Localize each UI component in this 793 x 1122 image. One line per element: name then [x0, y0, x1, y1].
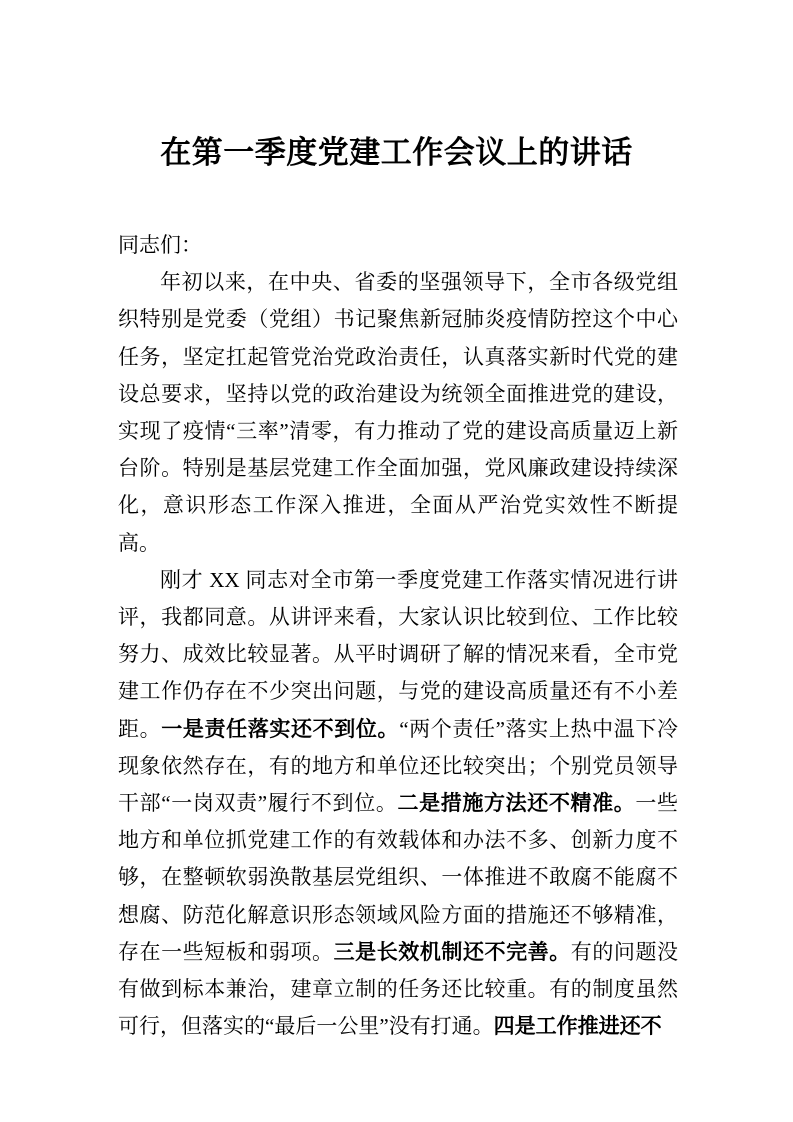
- paragraph: 同志们：: [118, 227, 678, 264]
- paragraph: 刚才 XX 同志对全市第一季度党建工作落实情况进行讲评，我都同意。从讲评来看，大…: [118, 562, 678, 1046]
- body-text: 一些地方和单位抓党建工作的有效载体和办法不多、创新力度不够，在整顿软弱涣散基层党…: [118, 791, 678, 964]
- document-body: 同志们：年初以来，在中央、省委的坚强领导下，全市各级党组织特别是党委（党组）书记…: [118, 227, 678, 1045]
- body-text: 同志们：: [118, 233, 202, 257]
- document-title: 在第一季度党建工作会议上的讲话: [0, 129, 793, 177]
- emphasis-text: 四是工作推进还不: [494, 1014, 662, 1038]
- emphasis-text: 三是长效机制还不完善。: [334, 940, 571, 964]
- emphasis-text: 一是责任落实还不到位。: [161, 717, 399, 741]
- emphasis-text: 二是措施方法还不精准。: [397, 791, 635, 815]
- paragraph: 年初以来，在中央、省委的坚强领导下，全市各级党组织特别是党委（党组）书记聚焦新冠…: [118, 264, 678, 562]
- body-text: 刚才 XX 同志对全市第一季度党建工作落实情况进行讲评，我都同意。从讲评来看，大…: [118, 568, 678, 741]
- body-text: 年初以来，在中央、省委的坚强领导下，全市各级党组织特别是党委（党组）书记聚焦新冠…: [118, 270, 678, 554]
- document-page: 在第一季度党建工作会议上的讲话 同志们：年初以来，在中央、省委的坚强领导下，全市…: [0, 0, 793, 1122]
